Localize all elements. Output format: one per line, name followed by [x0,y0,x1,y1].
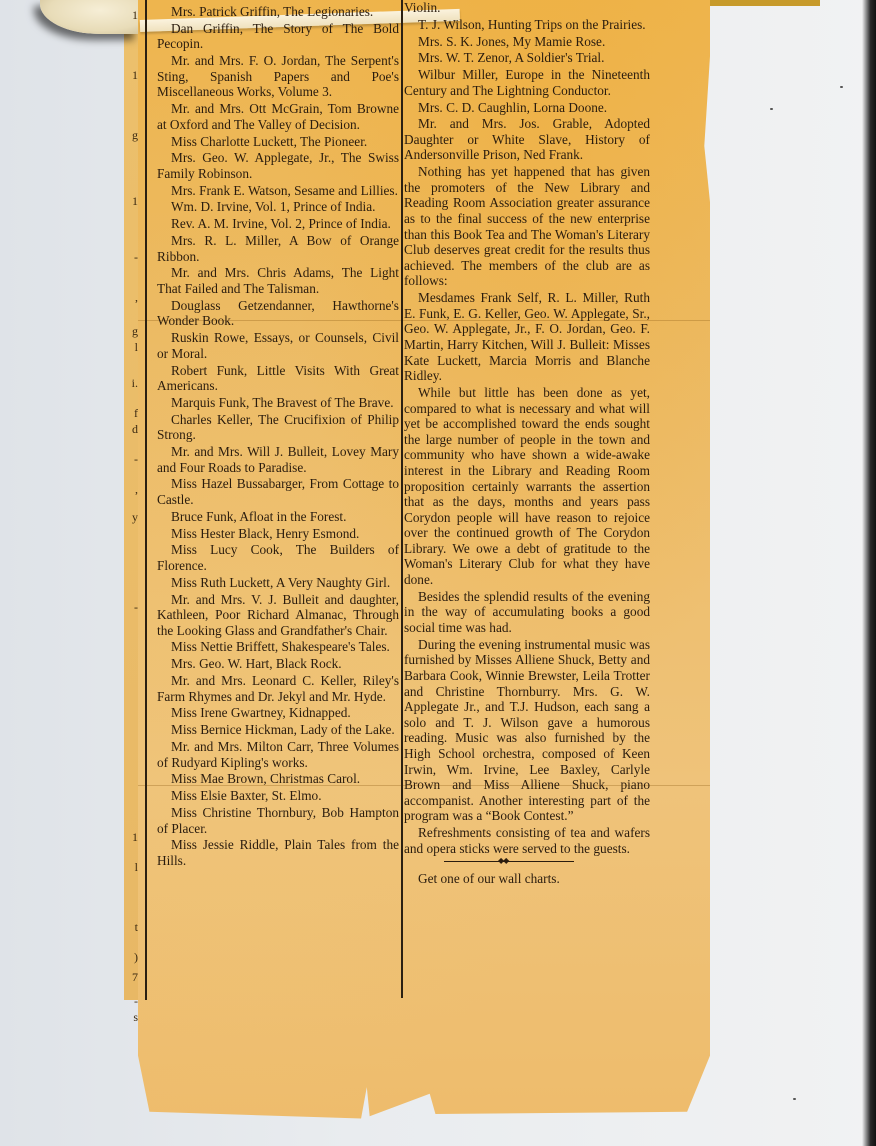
book-entry: Miss Hazel Bussabarger, From Cottage to … [157,476,399,507]
scanner-edge [862,0,876,1146]
section-divider-ornament [444,858,574,865]
book-entry: Mr. and Mrs. F. O. Jordan, The Serpent's… [157,53,399,100]
book-entry: Miss Christine Thornbury, Bob Hampton of… [157,805,399,836]
center-column-rule [401,0,403,998]
book-entry: Mrs. Patrick Griffin, The Legionaries. [157,4,399,20]
left-column-rule [145,0,147,1000]
book-entry: Mrs. W. T. Zenor, A Soldier's Trial. [404,50,650,66]
book-entry: Mr. and Mrs. Chris Adams, The Light That… [157,265,399,296]
book-entry: Ruskin Rowe, Essays, or Counsels, Civil … [157,330,399,361]
curled-paper-corner [40,0,140,34]
book-entry: Miss Nettie Briffett, Shakespeare's Tale… [157,639,399,655]
book-entry: Mr. and Mrs. Milton Carr, Three Volumes … [157,739,399,770]
book-entry: Mrs. S. K. Jones, My Mamie Rose. [404,34,650,50]
book-entry: Bruce Funk, Afloat in the Forest. [157,509,399,525]
dust-speck [793,1098,796,1100]
book-entry: Miss Jessie Riddle, Plain Tales from the… [157,837,399,868]
left-column-book-list: Mrs. Patrick Griffin, The Legionaries. D… [157,4,399,870]
book-entry: Miss Ruth Luckett, A Very Naughty Girl. [157,575,399,591]
book-entry: Miss Irene Gwartney, Kidnapped. [157,705,399,721]
book-entry: Miss Charlotte Luckett, The Pioneer. [157,134,399,150]
dust-speck [840,86,843,88]
article-paragraph: Refreshments consisting of tea and wafer… [404,825,650,856]
book-entry: Miss Mae Brown, Christmas Carol. [157,771,399,787]
top-paper-flap [700,0,820,6]
book-entry: Mr. and Mrs. V. J. Bulleit and daughter,… [157,592,399,639]
article-paragraph: Mesdames Frank Self, R. L. Miller, Ruth … [404,290,650,384]
book-entry: Miss Bernice Hickman, Lady of the Lake. [157,722,399,738]
book-entry: Mr. and Mrs. Leonard C. Keller, Riley's … [157,673,399,704]
book-entry: T. J. Wilson, Hunting Trips on the Prair… [404,17,650,33]
book-entry: Mr. and Mrs. Jos. Grable, Adopted Daught… [404,116,650,163]
book-entry: Marquis Funk, The Bravest of The Brave. [157,395,399,411]
book-entry: Dan Griffin, The Story of The Bold Pecop… [157,21,399,52]
book-entry: Mr. and Mrs. Will J. Bulleit, Lovey Mary… [157,444,399,475]
book-entry: Robert Funk, Little Visits With Great Am… [157,363,399,394]
book-entry: Mrs. C. D. Caughlin, Lorna Doone. [404,100,650,116]
article-paragraph: Besides the splendid results of the even… [404,589,650,636]
adjacent-column-fragments: 1 1 g 1 - , g l i. f d - , y - 1 l t ) 7… [126,8,138,998]
book-entry: Miss Hester Black, Henry Esmond. [157,526,399,542]
footer-line: Get one of our wall charts. [404,871,650,887]
book-entry: Douglass Getzendanner, Hawthorne's Wonde… [157,298,399,329]
book-entry: Miss Lucy Cook, The Builders of Florence… [157,542,399,573]
book-entry: Charles Keller, The Crucifixion of Phili… [157,412,399,443]
book-entry: Mrs. Frank E. Watson, Sesame and Lillies… [157,183,399,199]
book-entry: Mr. and Mrs. Ott McGrain, Tom Browne at … [157,101,399,132]
article-paragraph: Nothing has yet happened that has given … [404,164,650,289]
book-entry: Wilbur Miller, Europe in the Nineteenth … [404,67,650,98]
article-paragraph: While but little has been done as yet, c… [404,385,650,588]
book-entry: Mrs. Geo. W. Applegate, Jr., The Swiss F… [157,150,399,181]
book-entry: Violin. [404,0,650,16]
book-entry: Miss Elsie Baxter, St. Elmo. [157,788,399,804]
book-entry: Rev. A. M. Irvine, Vol. 2, Prince of Ind… [157,216,399,232]
book-entry: Mrs. Geo. W. Hart, Black Rock. [157,656,399,672]
dust-speck [770,108,773,110]
article-paragraph: During the evening instrumental music wa… [404,637,650,824]
right-column-article: Violin. T. J. Wilson, Hunting Trips on t… [404,0,650,888]
book-entry: Wm. D. Irvine, Vol. 1, Prince of India. [157,199,399,215]
book-entry: Mrs. R. L. Miller, A Bow of Orange Ribbo… [157,233,399,264]
